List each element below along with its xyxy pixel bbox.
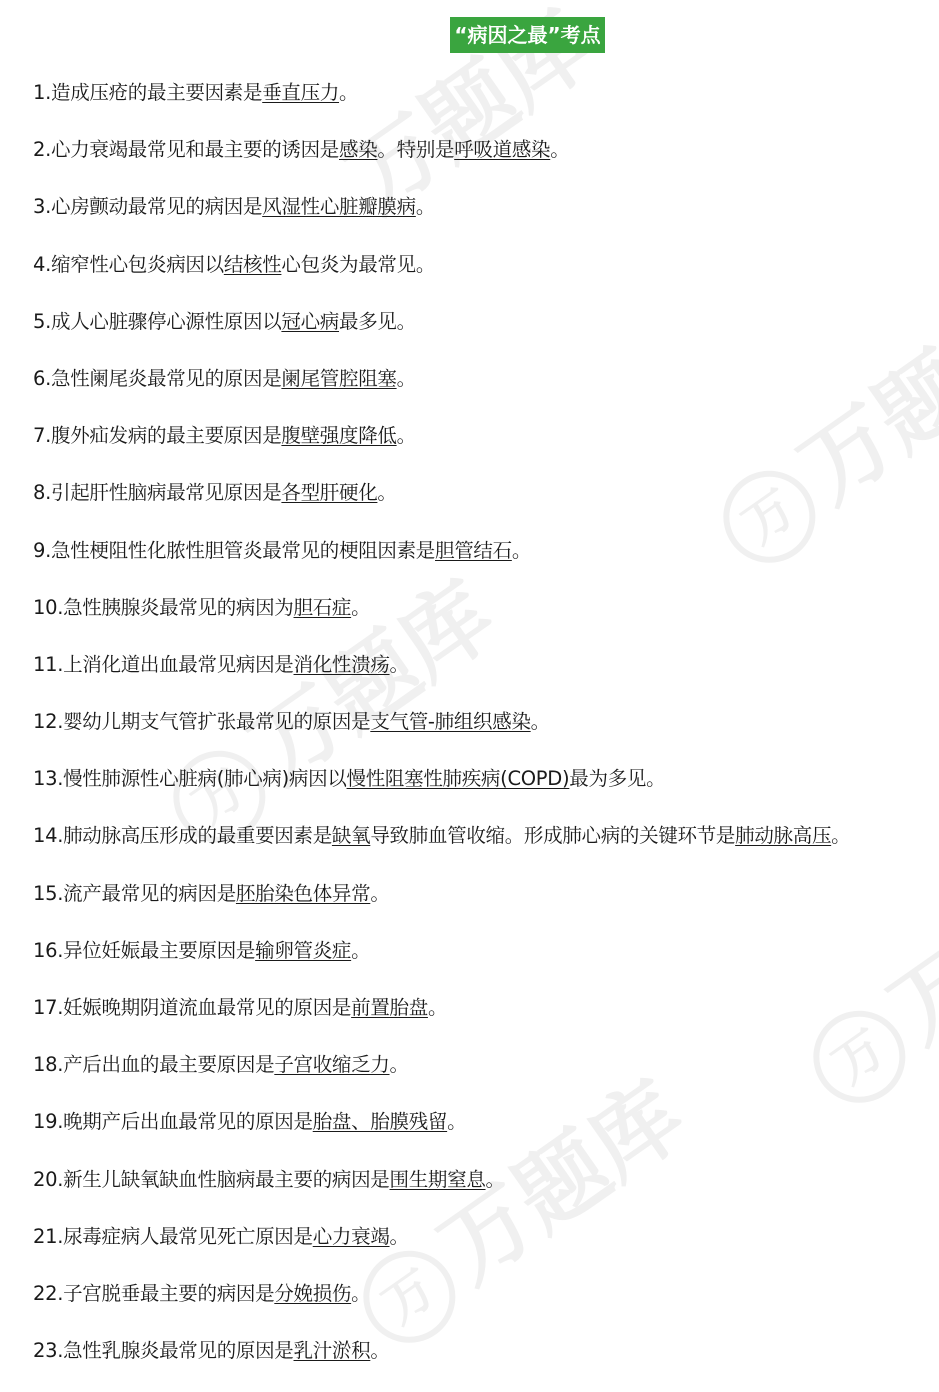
key-answer: 呼吸道感染 (454, 138, 550, 161)
key-answer: 胆石症 (294, 596, 352, 619)
item-text: 。 (339, 81, 358, 104)
item-text: 。 (397, 424, 416, 447)
list-item: 5.成人心脏骤停心源性原因以冠心病最多见。 (33, 305, 939, 362)
list-item: 9.急性梗阻性化脓性胆管炎最常见的梗阻因素是胆管结石。 (33, 534, 939, 591)
item-text: 9.急性梗阻性化脓性胆管炎最常见的梗阻因素是 (33, 539, 435, 562)
header: “病因之最”考点 (0, 17, 939, 53)
item-text: 。 (351, 596, 370, 619)
key-answer: 子宫收缩乏力 (274, 1053, 389, 1076)
item-text: 。 (416, 195, 435, 218)
key-answer: 阑尾管腔阻塞 (281, 367, 396, 390)
item-text: 10.急性胰腺炎最常见的病因为 (33, 596, 294, 619)
item-text: 5.成人心脏骤停心源性原因以 (33, 310, 281, 333)
list-item: 3.心房颤动最常见的病因是风湿性心脏瓣膜病。 (33, 190, 939, 247)
list-item: 23.急性乳腺炎最常见的原因是乳汁淤积。 (33, 1334, 939, 1391)
item-text: 导致肺血管收缩。形成肺心病的关键环节是 (370, 824, 735, 847)
item-text: 12.婴幼儿期支气管扩张最常见的原因是 (33, 710, 370, 733)
item-text: 。 (831, 824, 850, 847)
item-text: 。 (531, 710, 550, 733)
item-text: 最为多见。 (569, 767, 665, 790)
item-text: 7.腹外疝发病的最主要原因是 (33, 424, 281, 447)
list-item: 12.婴幼儿期支气管扩张最常见的原因是支气管-肺组织感染。 (33, 705, 939, 762)
list-item: 19.晚期产后出血最常见的原因是胎盘、胎膜残留。 (33, 1105, 939, 1162)
key-answer: 各型肝硬化 (281, 481, 377, 504)
list-item: 16.异位妊娠最主要原因是输卵管炎症。 (33, 934, 939, 991)
item-text: 。特别是 (377, 138, 454, 161)
key-answer: 胆管结石 (435, 539, 512, 562)
key-answer: 结核性 (224, 253, 282, 276)
list-item: 2.心力衰竭最常见和最主要的诱因是感染。特别是呼吸道感染。 (33, 133, 939, 190)
list-item: 22.子宫脱垂最主要的病因是分娩损伤。 (33, 1277, 939, 1334)
item-text: 14.肺动脉高压形成的最重要因素是 (33, 824, 332, 847)
key-answer: 缺氧 (332, 824, 370, 847)
key-answer: 消化性溃疡 (294, 653, 390, 676)
list-item: 15.流产最常见的病因是胚胎染色体异常。 (33, 877, 939, 934)
list-item: 20.新生儿缺氧缺血性脑病最主要的病因是围生期窒息。 (33, 1163, 939, 1220)
key-answer: 乳汁淤积 (294, 1339, 371, 1362)
list-item: 1.造成压疮的最主要因素是垂直压力。 (33, 76, 939, 133)
item-text: 。 (351, 939, 370, 962)
item-text: 13.慢性肺源性心脏病(肺心病)病因以 (33, 767, 347, 790)
item-text: 22.子宫脱垂最主要的病因是 (33, 1282, 274, 1305)
item-text: 。 (550, 138, 569, 161)
list-item: 6.急性阑尾炎最常见的原因是阑尾管腔阻塞。 (33, 362, 939, 419)
item-text: 17.妊娠晚期阴道流血最常见的原因是 (33, 996, 351, 1019)
item-text: 心包炎为最常见。 (281, 253, 435, 276)
list-item: 4.缩窄性心包炎病因以结核性心包炎为最常见。 (33, 248, 939, 305)
item-text: 。 (370, 1339, 389, 1362)
item-text: 15.流产最常见的病因是 (33, 882, 236, 905)
item-text: 。 (390, 1225, 409, 1248)
item-text: 。 (351, 1282, 370, 1305)
item-text: 。 (447, 1110, 466, 1133)
key-answer: 慢性阻塞性肺疾病(COPD) (347, 767, 570, 790)
item-text: 18.产后出血的最主要原因是 (33, 1053, 274, 1076)
key-answer: 围生期窒息 (390, 1168, 486, 1191)
list-item: 21.尿毒症病人最常见死亡原因是心力衰竭。 (33, 1220, 939, 1277)
key-answer: 支气管-肺组织感染 (370, 710, 530, 733)
key-answer: 肺动脉高压 (735, 824, 831, 847)
item-text: 19.晚期产后出血最常见的原因是 (33, 1110, 313, 1133)
item-text: 。 (512, 539, 531, 562)
list-item: 8.引起肝性脑病最常见原因是各型肝硬化。 (33, 476, 939, 533)
list-item: 10.急性胰腺炎最常见的病因为胆石症。 (33, 591, 939, 648)
key-answer: 感染 (339, 138, 377, 161)
item-text: 3.心房颤动最常见的病因是 (33, 195, 262, 218)
item-text: 11.上消化道出血最常见病因是 (33, 653, 294, 676)
item-text: 2.心力衰竭最常见和最主要的诱因是 (33, 138, 339, 161)
item-text: 6.急性阑尾炎最常见的原因是 (33, 367, 281, 390)
list-item: 7.腹外疝发病的最主要原因是腹壁强度降低。 (33, 419, 939, 476)
item-text: 20.新生儿缺氧缺血性脑病最主要的病因是 (33, 1168, 390, 1191)
item-text: 21.尿毒症病人最常见死亡原因是 (33, 1225, 313, 1248)
key-answer: 胚胎染色体异常 (236, 882, 370, 905)
key-answer: 输卵管炎症 (255, 939, 351, 962)
list-item: 18.产后出血的最主要原因是子宫收缩乏力。 (33, 1048, 939, 1105)
item-text: 。 (486, 1168, 505, 1191)
key-answer: 风湿性心脏瓣膜病 (262, 195, 416, 218)
list-item: 11.上消化道出血最常见病因是消化性溃疡。 (33, 648, 939, 705)
item-text: 。 (370, 882, 389, 905)
item-text: 最多见。 (339, 310, 416, 333)
list-item: 14.肺动脉高压形成的最重要因素是缺氧导致肺血管收缩。形成肺心病的关键环节是肺动… (33, 819, 939, 876)
key-answer: 胎盘、胎膜残留 (313, 1110, 447, 1133)
list-item: 13.慢性肺源性心脏病(肺心病)病因以慢性阻塞性肺疾病(COPD)最为多见。 (33, 762, 939, 819)
item-text: 。 (377, 481, 396, 504)
key-answer: 前置胎盘 (351, 996, 428, 1019)
key-answer: 心力衰竭 (313, 1225, 390, 1248)
item-text: 8.引起肝性脑病最常见原因是 (33, 481, 281, 504)
item-text: 。 (390, 653, 409, 676)
key-answer: 冠心病 (281, 310, 339, 333)
page-title: “病因之最”考点 (450, 17, 604, 53)
item-text: 。 (428, 996, 447, 1019)
item-text: 。 (390, 1053, 409, 1076)
list-item: 17.妊娠晚期阴道流血最常见的原因是前置胎盘。 (33, 991, 939, 1048)
item-text: 16.异位妊娠最主要原因是 (33, 939, 255, 962)
key-answer: 分娩损伤 (274, 1282, 351, 1305)
key-answer: 腹壁强度降低 (281, 424, 396, 447)
item-text: 4.缩窄性心包炎病因以 (33, 253, 224, 276)
item-text: 1.造成压疮的最主要因素是 (33, 81, 262, 104)
item-text: 23.急性乳腺炎最常见的原因是 (33, 1339, 294, 1362)
item-text: 。 (397, 367, 416, 390)
key-answer: 垂直压力 (262, 81, 339, 104)
fact-list: 1.造成压疮的最主要因素是垂直压力。2.心力衰竭最常见和最主要的诱因是感染。特别… (33, 76, 939, 1391)
